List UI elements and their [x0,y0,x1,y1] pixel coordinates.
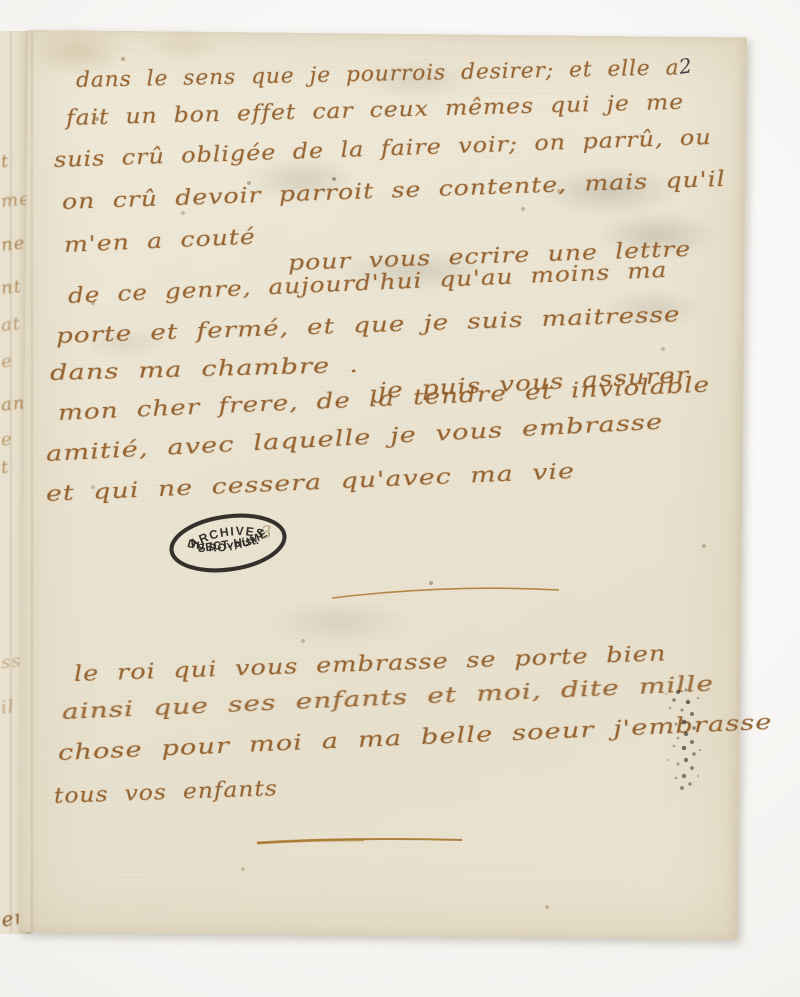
fold-crease [10,31,12,934]
photograph-background: t mes nes nt at e ant e t ssi il em A 2 … [0,0,800,997]
margin-fragment: nt [0,276,23,299]
margin-fragment: e [0,350,14,372]
margin-fragment: t [0,151,10,173]
ink-divider-line [328,580,563,608]
archivist-mark-pencil: 3 [260,523,273,544]
closing-flourish-line [254,833,466,853]
page-edge-crease [31,33,34,931]
page-number-pencil: 2 [677,53,693,79]
margin-fragment: at [0,313,22,336]
ink-smudge [648,684,718,799]
paper-specks [0,0,2,2]
margin-fragment: e [0,428,14,450]
margin-fragment: t [0,457,10,479]
margin-fragment: il [0,696,16,718]
